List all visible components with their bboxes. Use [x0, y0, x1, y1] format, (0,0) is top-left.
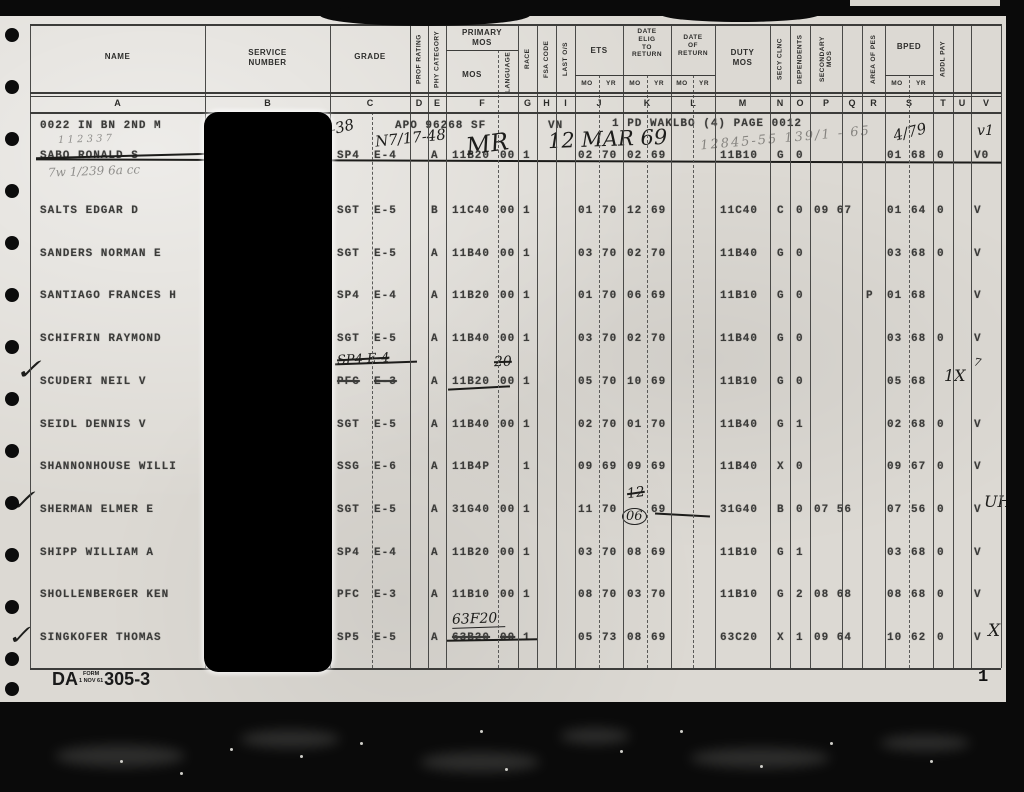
cell-duty: 31G40: [720, 504, 758, 516]
cell-phy: A: [431, 632, 439, 644]
punch-hole: [5, 548, 19, 562]
cell-ets_yr: 70: [602, 504, 617, 516]
scan-speck: [230, 748, 233, 751]
cell-addl: 0: [937, 589, 945, 601]
cell-phy: A: [431, 504, 439, 516]
col-header-addl-pay: ADDL PAY: [933, 26, 953, 92]
col-letter-g: G: [518, 98, 537, 108]
table-grid-line: [575, 24, 576, 668]
cell-ets_yr: 70: [602, 419, 617, 431]
subheader-elig-mo: MO: [623, 80, 647, 88]
sherman-handwritten-06: 06: [622, 508, 647, 525]
col-header-dependents: DEPENDENTS: [790, 26, 810, 92]
cell-dep: 0: [796, 504, 804, 516]
cell-name: SANDERS NORMAN E: [40, 248, 162, 260]
subheader-bped-mo: MO: [885, 80, 909, 88]
table-grid-line: [693, 75, 695, 668]
subheader-return-yr: YR: [693, 80, 715, 88]
cell-secy: G: [777, 376, 785, 388]
cell-secy: C: [777, 205, 785, 217]
cell-v: V: [974, 504, 982, 516]
cell-phy: A: [431, 547, 439, 559]
cell-el_yr: 70: [651, 333, 666, 345]
cell-mos: 11B10: [452, 589, 490, 601]
cell-el: E-5: [374, 504, 397, 516]
cell-mos: 63B20: [452, 632, 490, 644]
cell-el: E-5: [374, 419, 397, 431]
cell-race: 1: [523, 461, 531, 473]
cell-ets_mo: 03: [578, 333, 593, 345]
table-row: SALTS EDGAR DSGTE-5B11C400010170126911C4…: [0, 205, 1006, 221]
punch-hole: [5, 682, 19, 696]
cell-grade: SGT: [337, 248, 360, 260]
cell-bp_mo: 07: [887, 504, 902, 516]
cell-secy: G: [777, 248, 785, 260]
col-letter-p: P: [810, 98, 842, 108]
cell-phy: A: [431, 376, 439, 388]
cell-bp_mo: 01: [887, 205, 902, 217]
cell-ets_mo: 03: [578, 248, 593, 260]
col-header-prof-rating: PROF RATING: [410, 26, 428, 92]
table-grid-line: [599, 75, 601, 668]
cell-v: V: [974, 461, 982, 473]
cell-addl: 0: [937, 248, 945, 260]
cell-v: V: [974, 333, 982, 345]
col-header-fsa-code: FSA CODE: [537, 26, 556, 92]
scan-speck: [505, 768, 508, 771]
cell-phy: A: [431, 248, 439, 260]
col-header-duty-mos: DUTY MOS: [715, 48, 770, 67]
table-grid-line: [885, 75, 933, 76]
cell-dep: 2: [796, 589, 804, 601]
scan-smudge: [880, 735, 970, 751]
cell-secy: G: [777, 589, 785, 601]
cell-v: V: [974, 632, 982, 644]
cell-smos: 09 67: [814, 205, 852, 217]
col-header-service-number: SERVICE NUMBER: [205, 48, 330, 67]
cell-race: 1: [523, 205, 531, 217]
table-row: SCHIFRIN RAYMONDSGTE-5A11B40001037002701…: [0, 333, 1006, 349]
punch-hole: [5, 80, 19, 94]
scan-speck: [760, 765, 763, 768]
table-grid-line: [518, 24, 519, 668]
cell-race: 1: [523, 333, 531, 345]
cell-el_yr: 69: [651, 547, 666, 559]
table-grid-line: [770, 24, 771, 668]
cell-v: V: [974, 205, 982, 217]
cell-phy: B: [431, 205, 439, 217]
unit-designation: 0022 IN BN 2ND M: [40, 120, 162, 132]
cell-phy: A: [431, 333, 439, 345]
punch-hole: [5, 288, 19, 302]
cell-ets_mo: 09: [578, 461, 593, 473]
cell-el: E-6: [374, 461, 397, 473]
cell-el_mo: 10: [627, 376, 642, 388]
cell-el_mo: 08: [627, 632, 642, 644]
cell-bp_mo: 01: [887, 150, 902, 162]
cell-bp_yr: 68: [911, 547, 926, 559]
cell-el_yr: 70: [651, 419, 666, 431]
col-header-ets: ETS: [575, 46, 623, 56]
cell-dep: 0: [796, 248, 804, 260]
col-header-secy-clnc: SECY CLNC: [770, 26, 790, 92]
cell-ets_yr: 70: [602, 589, 617, 601]
cell-mos: 11B40: [452, 333, 490, 345]
cell-mos: 11B40: [452, 248, 490, 260]
cell-el_yr: 70: [651, 248, 666, 260]
col-letter-a: A: [30, 98, 205, 108]
col-header-last-os: LAST O/S: [556, 26, 575, 92]
cell-lang: 00: [500, 589, 515, 601]
cell-race: 1: [523, 248, 531, 260]
cell-duty: 63C20: [720, 632, 758, 644]
cell-v: V: [974, 589, 982, 601]
cell-el: E-5: [374, 248, 397, 260]
cell-ets_mo: 01: [578, 205, 593, 217]
cell-race: 1: [523, 419, 531, 431]
cell-secy: X: [777, 632, 785, 644]
scan-smudge: [560, 728, 630, 744]
cell-bp_yr: 68: [911, 419, 926, 431]
table-grid-line: [842, 24, 843, 668]
scan-notch: [850, 0, 1000, 6]
table-grid-line: [556, 24, 557, 668]
cell-duty: 11C40: [720, 205, 758, 217]
cell-lang: 00: [500, 248, 515, 260]
table-grid-line: [671, 24, 672, 668]
cell-secy: B: [777, 504, 785, 516]
table-row: SCUDERI NEIL VPFCE-3A11B200010570106911B…: [0, 376, 1006, 392]
punch-hole: [5, 496, 19, 510]
cell-smos: 09 64: [814, 632, 852, 644]
scan-blotch: [660, 6, 820, 22]
cell-ets_yr: 70: [602, 205, 617, 217]
table-grid-line: [1001, 24, 1002, 668]
cell-secy: G: [777, 333, 785, 345]
table-grid-line: [790, 24, 791, 668]
handwritten-unit-note: 1 1 2 3 3 7: [58, 133, 112, 146]
cell-name: SCHIFRIN RAYMOND: [40, 333, 162, 345]
table-grid-line: [30, 92, 1001, 94]
cell-addl: 0: [937, 632, 945, 644]
col-letter-h: H: [537, 98, 556, 108]
cell-dep: 0: [796, 333, 804, 345]
cell-ets_mo: 11: [578, 504, 593, 516]
col-header-mos: MOS: [446, 70, 498, 80]
cell-lang: 00: [500, 504, 515, 516]
cell-v: V: [974, 547, 982, 559]
cell-v: V: [974, 248, 982, 260]
cell-mos: 11B40: [452, 419, 490, 431]
cell-lang: 00: [500, 547, 515, 559]
cell-el_yr: 69: [651, 290, 666, 302]
cell-ets_yr: 70: [602, 290, 617, 302]
table-grid-line: [933, 24, 934, 668]
cell-name: SHIPP WILLIAM A: [40, 547, 154, 559]
cell-grade: SP5: [337, 632, 360, 644]
handwritten-v1: v1: [977, 123, 994, 139]
subheader-elig-yr: YR: [647, 80, 671, 88]
punch-hole: [5, 28, 19, 42]
scan-blotch: [320, 4, 530, 26]
cell-el_mo: 12: [627, 205, 642, 217]
cell-bp_yr: 68: [911, 290, 926, 302]
punch-hole: [5, 236, 19, 250]
form-number: 305-3: [104, 669, 150, 689]
cell-v: V: [974, 419, 982, 431]
scan-speck: [120, 760, 123, 763]
cell-ets_yr: 70: [602, 376, 617, 388]
table-grid-line: [372, 112, 374, 668]
cell-addl: 0: [937, 150, 945, 162]
scan-speck: [680, 730, 683, 733]
cell-lang: 00: [500, 333, 515, 345]
col-header-language: LANGUAGE: [498, 52, 518, 92]
table-row: SANDERS NORMAN ESGTE-5A11B40001037002701…: [0, 248, 1006, 264]
scuderi-handwritten-grade: SP4 E-4: [337, 351, 390, 369]
cell-bp_mo: 10: [887, 632, 902, 644]
col-letter-t: T: [933, 98, 953, 108]
cell-name: SALTS EDGAR D: [40, 205, 139, 217]
cell-name: SHANNONHOUSE WILLI: [40, 461, 177, 473]
cell-mos: 31G40: [452, 504, 490, 516]
cell-race: 1: [523, 589, 531, 601]
cell-dep: 0: [796, 376, 804, 388]
table-grid-line: [498, 50, 500, 668]
cell-bp_mo: 03: [887, 248, 902, 260]
punch-hole: [5, 652, 19, 666]
cell-el_mo: 09: [627, 461, 642, 473]
col-letter-r: R: [862, 98, 885, 108]
cell-grade: SGT: [337, 419, 360, 431]
table-grid-line: [715, 24, 716, 668]
scan-smudge: [420, 752, 540, 772]
col-header-name: NAME: [30, 52, 205, 62]
scuderi-handwritten-20: 20: [494, 354, 512, 371]
cell-name: SEIDL DENNIS V: [40, 419, 146, 431]
table-grid-line: [885, 24, 886, 668]
form-identifier: DAFORM1 NOV 61305-3: [52, 669, 150, 690]
cell-grade: SP4: [337, 547, 360, 559]
cell-el_mo: 03: [627, 589, 642, 601]
table-grid-line: [428, 24, 429, 668]
subheader-ets-mo: MO: [575, 80, 599, 88]
table-grid-line: [537, 24, 538, 668]
scan-speck: [360, 742, 363, 745]
cell-v: V0: [974, 150, 989, 162]
cell-name: SINGKOFER THOMAS: [40, 632, 162, 644]
scan-speck: [930, 760, 933, 763]
table-grid-line: [30, 112, 1001, 114]
cell-duty: 11B10: [720, 547, 758, 559]
cell-dep: 1: [796, 547, 804, 559]
cell-secy: G: [777, 419, 785, 431]
cell-addl: 0: [937, 504, 945, 516]
cell-race: 1: [523, 376, 531, 388]
table-grid-line: [575, 75, 715, 76]
cell-ets_mo: 03: [578, 547, 593, 559]
scuderi-handwritten-1x: 1X: [944, 366, 966, 385]
cell-name: SCUDERI NEIL V: [40, 376, 146, 388]
cell-el_yr: 70: [651, 589, 666, 601]
table-row: SHIPP WILLIAM ASP4E-4A11B200010370086911…: [0, 547, 1006, 563]
table-grid-line: [909, 75, 911, 668]
scuderi-checkmark: ✓: [11, 354, 46, 387]
cell-bp_yr: 67: [911, 461, 926, 473]
scan-speck: [620, 750, 623, 753]
cell-race: 1: [523, 504, 531, 516]
cell-el_yr: 69: [651, 632, 666, 644]
form-word-date: FORM1 NOV 61: [79, 671, 103, 684]
cell-el_yr: 69: [651, 461, 666, 473]
cell-duty: 11B10: [720, 589, 758, 601]
col-letter-f: F: [446, 98, 518, 108]
cell-lang: 00: [500, 419, 515, 431]
cell-duty: 11B40: [720, 461, 758, 473]
cell-el: E-4: [374, 547, 397, 559]
scanned-roster-page: NAME SERVICE NUMBER GRADE PROF RATING PH…: [0, 0, 1024, 792]
cell-bp_mo: 05: [887, 376, 902, 388]
punch-hole: [5, 340, 19, 354]
cell-el_yr: 69: [651, 376, 666, 388]
scan-smudge: [240, 730, 340, 748]
table-grid-line: [30, 668, 1001, 670]
cell-bp_mo: 02: [887, 419, 902, 431]
col-header-race: RACE: [518, 26, 537, 92]
cell-addl: 0: [937, 547, 945, 559]
cell-lang: 00: [500, 290, 515, 302]
scan-speck: [300, 755, 303, 758]
col-letter-n: N: [770, 98, 790, 108]
scan-speck: [830, 742, 833, 745]
table-grid-line: [30, 96, 1001, 97]
cell-ets_mo: 08: [578, 589, 593, 601]
cell-duty: 11B40: [720, 248, 758, 260]
handwritten-date-12mar69: 12 MAR 69: [548, 125, 668, 153]
cell-ets_yr: 69: [602, 461, 617, 473]
cell-bp_yr: 68: [911, 376, 926, 388]
cell-el_mo: 06: [627, 290, 642, 302]
cell-phy: A: [431, 290, 439, 302]
cell-smos: 08 68: [814, 589, 852, 601]
cell-lang: 00: [500, 205, 515, 217]
cell-bp_mo: 01: [887, 290, 902, 302]
scan-smudge: [55, 745, 185, 767]
table-grid-line: [862, 24, 863, 668]
table-grid-line: [30, 24, 1001, 26]
cell-el: E-4: [374, 290, 397, 302]
col-letter-u: U: [953, 98, 971, 108]
cell-el_mo: 08: [627, 547, 642, 559]
punch-hole: [5, 444, 19, 458]
cell-ets_yr: 70: [602, 248, 617, 260]
cell-mos: 11B20: [452, 547, 490, 559]
table-row: SEIDL DENNIS VSGTE-5A11B400010270017011B…: [0, 419, 1006, 435]
scan-speck: [180, 772, 183, 775]
cell-name: SHERMAN ELMER E: [40, 504, 154, 516]
cell-v: V: [974, 290, 982, 302]
cell-bp_yr: 68: [911, 333, 926, 345]
handwritten-mr: MR: [464, 127, 510, 161]
cell-grade: SGT: [337, 504, 360, 516]
table-grid-line: [30, 24, 31, 668]
punch-hole: [5, 600, 19, 614]
col-letter-o: O: [790, 98, 810, 108]
col-letter-m: M: [715, 98, 770, 108]
page-number: 1: [978, 668, 988, 687]
cell-secy: G: [777, 290, 785, 302]
cell-grade: PFC: [337, 376, 360, 388]
cell-mos: 11B20: [452, 290, 490, 302]
table-grid-line: [446, 50, 518, 51]
cell-el: E-5: [374, 333, 397, 345]
cell-bp_mo: 09: [887, 461, 902, 473]
col-header-phy-category: PHY CATEGORY: [428, 26, 446, 92]
cell-grade: SSG: [337, 461, 360, 473]
col-header-primary-mos: PRIMARY MOS: [446, 28, 518, 47]
cell-addl: 0: [937, 419, 945, 431]
form-da: DA: [52, 669, 78, 689]
cell-el: E-5: [374, 632, 397, 644]
col-letter-d: D: [410, 98, 428, 108]
cell-grade: PFC: [337, 589, 360, 601]
table-grid-line: [446, 24, 447, 668]
cell-el_yr: 69: [651, 205, 666, 217]
cell-smos: 07 56: [814, 504, 852, 516]
cell-addl: 0: [937, 205, 945, 217]
singkofer-handwritten-x: X: [988, 621, 1000, 641]
cell-grade: SP4: [337, 290, 360, 302]
table-row: SANTIAGO FRANCES HSP4E-4A11B200010170066…: [0, 290, 1006, 306]
cell-el: E-5: [374, 205, 397, 217]
cell-bp_yr: 64: [911, 205, 926, 217]
col-letter-e: E: [428, 98, 446, 108]
col-header-area-of-pes: AREA OF PES: [862, 26, 885, 92]
sherman-handwritten-12: 12: [626, 484, 646, 502]
subheader-ets-yr: YR: [599, 80, 623, 88]
cell-addl: 0: [937, 333, 945, 345]
cell-secy: X: [777, 461, 785, 473]
cell-ets_mo: 02: [578, 419, 593, 431]
cell-bp_mo: 03: [887, 547, 902, 559]
col-header-date-return: DATE OF RETURN: [671, 34, 715, 57]
table-grid-line: [647, 75, 649, 668]
cell-bp_yr: 56: [911, 504, 926, 516]
cell-el_mo: 01: [627, 419, 642, 431]
cell-el_mo: 02: [627, 333, 642, 345]
cell-secy: G: [777, 547, 785, 559]
col-header-secondary-mos: SECONDARY MOS: [810, 26, 842, 92]
table-grid-line: [810, 24, 811, 668]
cell-dep: 0: [796, 290, 804, 302]
col-letter-q: Q: [842, 98, 862, 108]
cell-el: E-3: [374, 376, 397, 388]
cell-race: 1: [523, 290, 531, 302]
cell-phy: A: [431, 589, 439, 601]
cell-name: SANTIAGO FRANCES H: [40, 290, 177, 302]
cell-race: 1: [523, 547, 531, 559]
table-grid-line: [410, 24, 411, 668]
cell-ets_mo: 05: [578, 376, 593, 388]
cell-bp_mo: 08: [887, 589, 902, 601]
cell-grade: SGT: [337, 205, 360, 217]
cell-bp_mo: 03: [887, 333, 902, 345]
cell-ets_mo: 05: [578, 632, 593, 644]
cell-phy: A: [431, 461, 439, 473]
cell-dep: 0: [796, 461, 804, 473]
col-header-grade: GRADE: [330, 52, 410, 62]
cell-phy: A: [431, 419, 439, 431]
